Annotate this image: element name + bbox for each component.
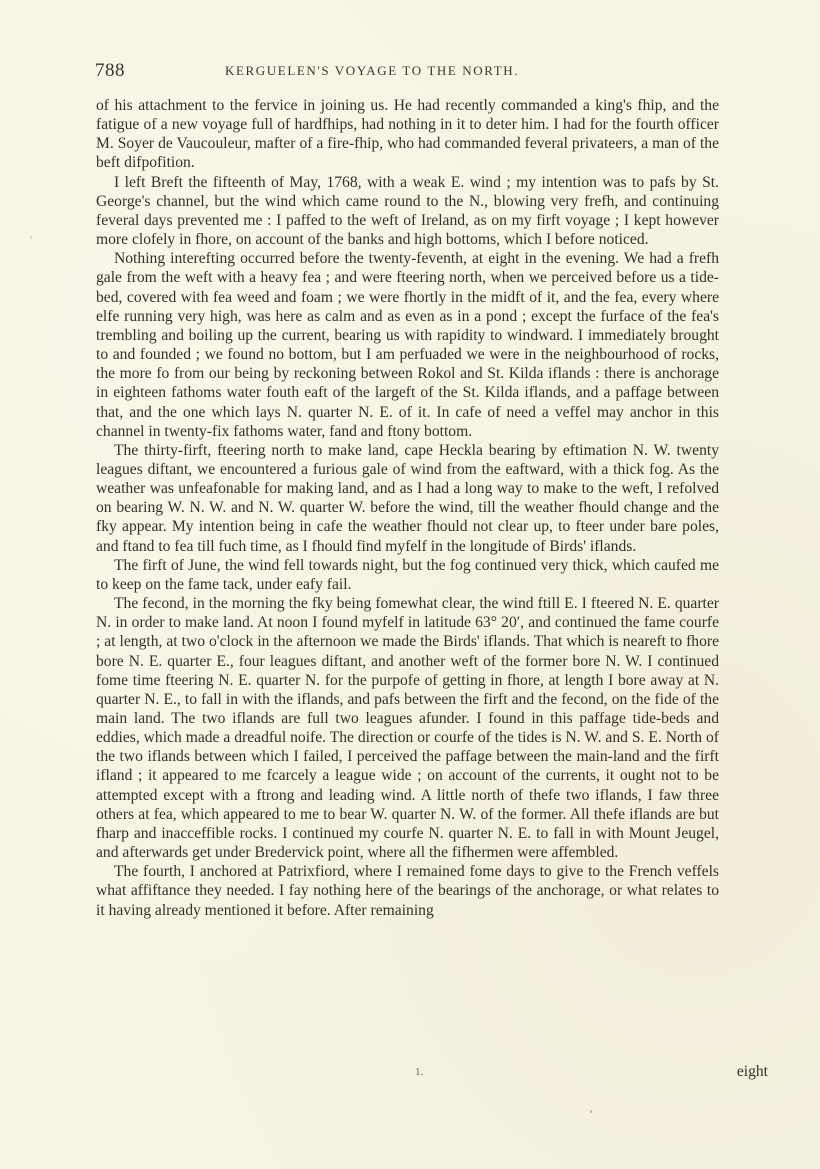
paragraph-4: The thirty-firft, fteering north to make… bbox=[96, 441, 719, 556]
signature-mark: 1. bbox=[415, 1066, 423, 1078]
paper-speck bbox=[590, 1110, 592, 1113]
catchword: eight bbox=[737, 1063, 768, 1081]
paragraph-7: The fourth, I anchored at Patrixfiord, w… bbox=[96, 862, 719, 919]
paragraph-1: of his attachment to the fervice in join… bbox=[96, 96, 719, 173]
paragraph-5: The firft of June, the wind fell towards… bbox=[96, 556, 719, 594]
paper-speck bbox=[30, 236, 32, 239]
paragraph-6: The fecond, in the morning the fky being… bbox=[96, 594, 719, 862]
book-page: 788 KERGUELEN'S VOYAGE TO THE NORTH. of … bbox=[0, 0, 820, 1169]
running-head: 788 KERGUELEN'S VOYAGE TO THE NORTH. bbox=[95, 60, 717, 84]
page-number: 788 bbox=[95, 60, 125, 82]
paragraph-3: Nothing interefting occurred before the … bbox=[96, 249, 719, 441]
paragraph-2: I left Breft the fifteenth of May, 1768,… bbox=[96, 173, 719, 250]
body-text: of his attachment to the fervice in join… bbox=[96, 96, 719, 920]
running-title: KERGUELEN'S VOYAGE TO THE NORTH. bbox=[225, 63, 519, 79]
